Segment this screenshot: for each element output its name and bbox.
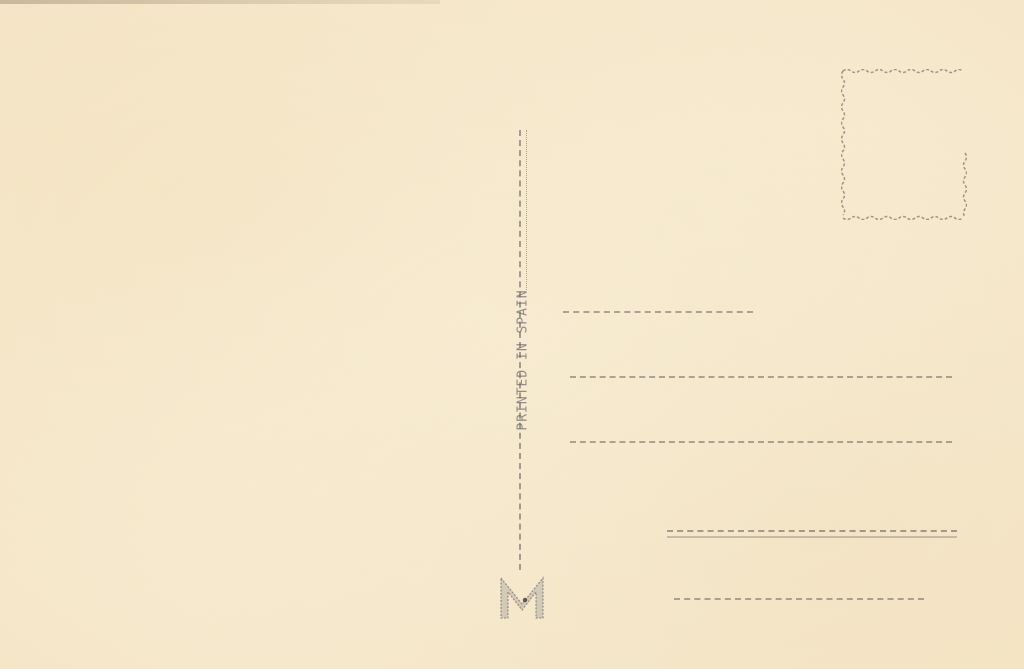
- postcard-back: PRINTED IN SPAIN: [0, 0, 1024, 669]
- worn-edge: [0, 0, 440, 4]
- imprint-text: PRINTED IN SPAIN: [516, 289, 531, 430]
- address-line-2: [570, 376, 952, 378]
- address-line-5: [674, 598, 924, 600]
- divider-line-upper: [526, 130, 527, 290]
- m-arrow-logo-icon: [498, 574, 546, 620]
- stamp-placeholder-icon: [841, 69, 967, 220]
- address-line-4: [667, 530, 957, 532]
- address-line-3: [570, 441, 952, 443]
- address-line-1: [563, 311, 753, 313]
